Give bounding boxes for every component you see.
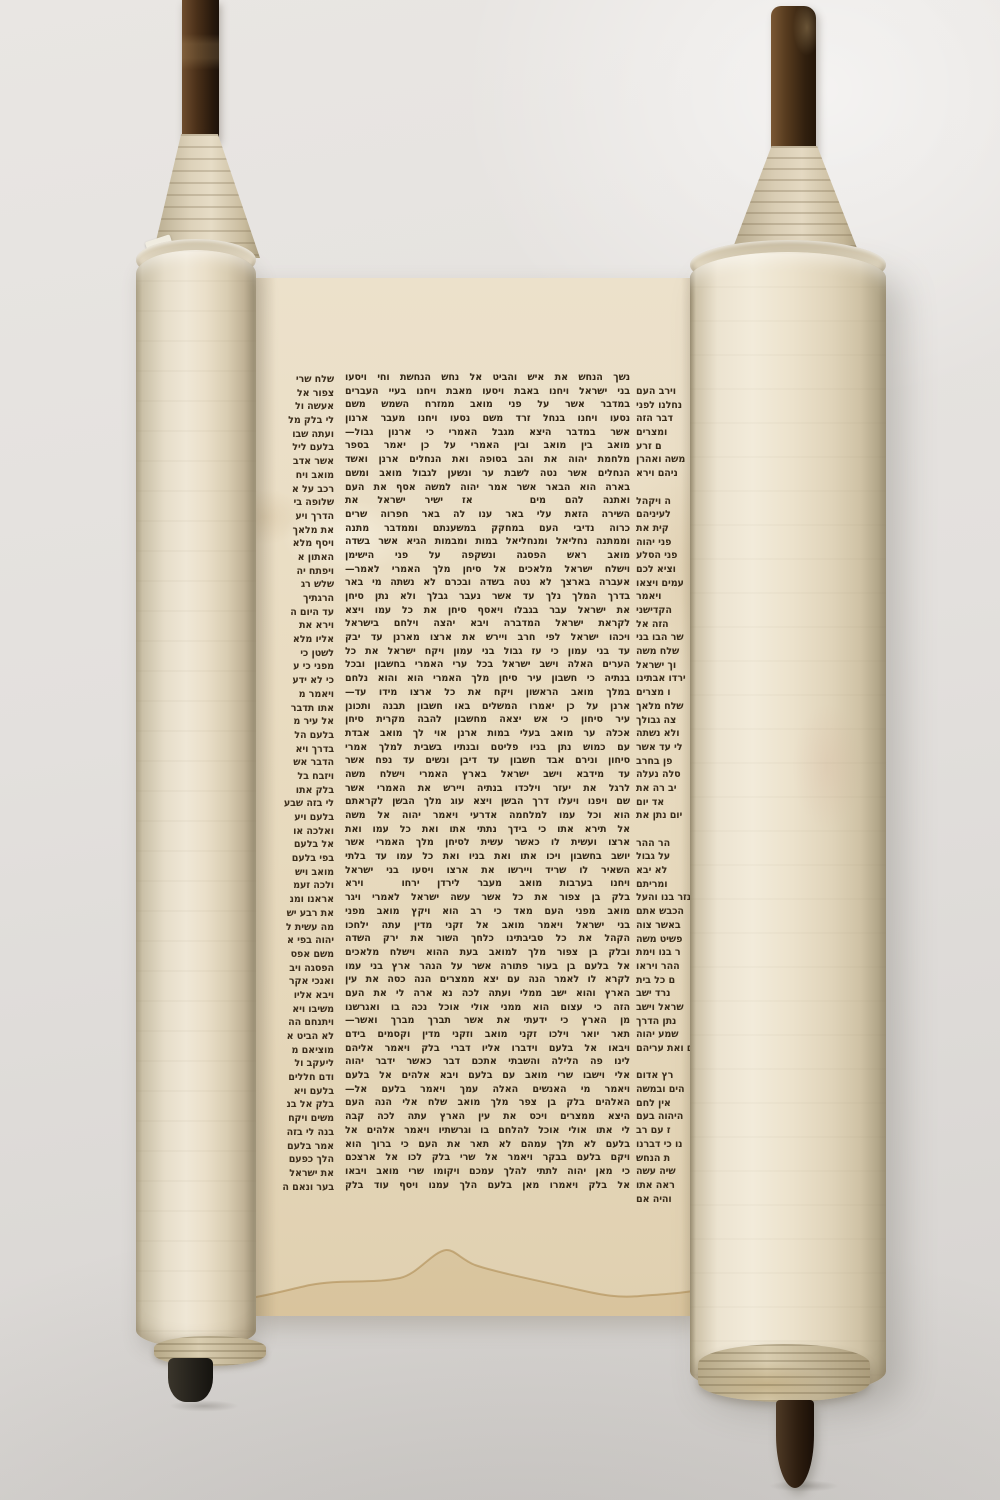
text-line: יום נתן את	[636, 809, 694, 823]
text-line: משים ויקח	[258, 1112, 334, 1126]
text-line: ארנן על כן יאמרו המשלים באו חשבון תבנה ו…	[345, 700, 630, 714]
text-line: נרד ישב	[636, 987, 694, 1001]
text-line: כי לא ידע	[258, 674, 334, 688]
text-line: את ישראל	[258, 1167, 334, 1181]
text-line: שלח משה	[636, 645, 694, 659]
left-roller-bottom-handle	[168, 1358, 213, 1402]
text-line: מואב מפני העם מאד כי רב הוא ויקץ מואב מפ…	[345, 905, 630, 919]
text-line: עד היום ה	[258, 606, 334, 620]
text-line: היצא ממצרים ויכס את עין הארץ עתה לכה קבה	[345, 1110, 630, 1124]
text-line: השירה הזאת עלי באר ענו לה באר חפרוה שרים	[345, 508, 630, 522]
text-line: יושב בחשבון ויכו אתו ואת בניו ואת כל עמו…	[345, 850, 630, 864]
text-line: נתן הדרך	[636, 1015, 694, 1029]
text-line: נו כי דברנו	[636, 1138, 694, 1152]
text-line: ומריתם	[636, 878, 694, 892]
text-line: האלהים בלק בן צפר מלך מואב שלח אלי הנה ה…	[345, 1096, 630, 1110]
text-line: לשטן כי	[258, 647, 334, 661]
text-line: אמר בלעם	[258, 1140, 334, 1154]
text-line: בלעם ויע	[258, 811, 334, 825]
text-line: הפסגה ויב	[258, 962, 334, 976]
text-line: ואלכה או	[258, 825, 334, 839]
text-line: ולכה זעמ	[258, 879, 334, 893]
text-line: שלופה בי	[258, 496, 334, 510]
text-line: ליעקב ול	[258, 1057, 334, 1071]
text-line: במדבר אשר על פני מואב ממזרח השמש משם	[345, 398, 630, 412]
text-line: אד יום	[636, 796, 694, 810]
text-line: בני ישראל ויאמר מואב אל זקני מדין עתה יל…	[345, 919, 630, 933]
text-line: ת הנחש	[636, 1152, 694, 1166]
text-line: הוא וכל עמו למלחמה אדרעי ויאמר יהוה אל מ…	[345, 809, 630, 823]
text-line	[636, 823, 694, 837]
text-line: בנתיה כי חשבון עיר סיחן מלך האמרי הוא וה…	[345, 672, 630, 686]
text-line: אכלה ער מואב בעלי במות ארנן אוי לך מואב …	[345, 727, 630, 741]
parchment-sheet: שלח שריצפור אלאעשה וללי בלק מלועתה שבובל…	[250, 278, 705, 1316]
text-line: מואב ויש	[258, 866, 334, 880]
text-line: נזר בנו והעל	[636, 891, 694, 905]
text-line: משה ואהרן	[636, 453, 694, 467]
right-roller-bottom-handle	[776, 1400, 814, 1488]
text-line: ובלק בן צפור מלך למואב בעת ההוא וישלח מל…	[345, 946, 630, 960]
text-line: לקרא לו לאמר הנה עם יצא ממצרים הנה כסה א…	[345, 973, 630, 987]
text-line: בלק אל בנ	[258, 1098, 334, 1112]
text-line: אלי וישבו שרי מואב עם בלעם ויבא אלהים אל…	[345, 1069, 630, 1083]
text-line: אתו תדבר	[258, 702, 334, 716]
text-line: שלח שרי	[258, 373, 334, 387]
text-line: ואנכי אקר	[258, 975, 334, 989]
text-line: ויאמר	[636, 590, 694, 604]
text-line: אליו מלא	[258, 633, 334, 647]
torah-column-left-partial: שלח שריצפור אלאעשה וללי בלק מלועתה שבובל…	[258, 373, 334, 1194]
text-line: את רבע יש	[258, 907, 334, 921]
text-line: לא הביט א	[258, 1030, 334, 1044]
text-line: וישלח ישראל מלאכים אל סיחן מלך האמרי לאמ…	[345, 563, 630, 577]
text-line: ו מצרים	[636, 686, 694, 700]
text-line: סיחון ונירם אבד חשבון עד דיבן ונשים עד נ…	[345, 754, 630, 768]
text-line: וממתנה נחליאל ומנחליאל במות ומבמות הגיא …	[345, 535, 630, 549]
text-line: בנה לי בזה	[258, 1126, 334, 1140]
text-line: והיה אם	[636, 1193, 694, 1207]
text-line: ועתה שבו	[258, 428, 334, 442]
text-line: ירדו אבתינו	[636, 672, 694, 686]
text-line: היהוה בעם	[636, 1110, 694, 1124]
text-line: הדרך ויע	[258, 510, 334, 524]
text-line: באשר צוה	[636, 919, 694, 933]
text-line: ויקם בלעם בבקר ויאמר אל שרי בלק לכו אל א…	[345, 1151, 630, 1165]
text-line: בארה הוא הבאר אשר אמר יהוה למשה אסף את ה…	[345, 481, 630, 495]
text-line: לי אתו אולי אוכל להלחם בו וגרשתיו ויאמר …	[345, 1124, 630, 1138]
text-line: בלעם ליל	[258, 441, 334, 455]
text-line: האתון א	[258, 551, 334, 565]
text-line: ויאמר מ	[258, 688, 334, 702]
text-line: בדרך המלך נלך עד אשר נעבר גבלך ולא נתן ס…	[345, 590, 630, 604]
text-line: וירא את	[258, 619, 334, 633]
text-line: ויבאו אל בלעם וידברו אליו דברי בלק ויאמר…	[345, 1042, 630, 1056]
text-line: עד מידבא וישב ישראל בארץ האמרי וישלח משה	[345, 768, 630, 782]
text-line: בדרך ויא	[258, 743, 334, 757]
text-line: וך ישראל	[636, 659, 694, 673]
text-line: סלה נעלה	[636, 768, 694, 782]
text-line: ההר ויראו	[636, 960, 694, 974]
text-line: ויתנחם הה	[258, 1016, 334, 1030]
text-line: משם אפס	[258, 948, 334, 962]
text-line: הים ובמשה	[636, 1083, 694, 1097]
text-line: לא יבא	[636, 864, 694, 878]
text-line: בלעם ויא	[258, 1085, 334, 1099]
text-line: אל בלק ויאמרו מאן בלעם הלך עמנו ויסף עוד…	[345, 1179, 630, 1193]
text-line: הארץ והוא ישב ממלי ועתה לכה נא ארה לי את…	[345, 987, 630, 1001]
text-line	[636, 481, 694, 495]
text-line: מה עשית ל	[258, 921, 334, 935]
water-stain	[250, 1224, 705, 1316]
text-line: מואב ראש הפסגה ונשקפה על פני הישימן	[345, 549, 630, 563]
text-line: את ישראל עבר בגבלו ויאסף סיחן את כל עמו …	[345, 604, 630, 618]
text-line: הזה כי עצום הוא ממני אולי אוכל נכה בו וא…	[345, 1001, 630, 1015]
text-line: אשר במדבר היצא מגבל האמרי כי ארנון גבול—	[345, 426, 630, 440]
photo-scene: שלח שריצפור אלאעשה וללי בלק מלועתה שבובל…	[0, 0, 1000, 1500]
text-line: שם ויפנו ויעלו דרך הבשן ויצא עוג מלך הבש…	[345, 795, 630, 809]
text-line: ואתנה להם מים אז ישיר ישראל את	[345, 494, 630, 508]
text-line: מוציאם מ	[258, 1044, 334, 1058]
text-line: אל עיר מ	[258, 715, 334, 729]
text-line: הרגתיך	[258, 592, 334, 606]
text-line: אל בלעם בן בעור פתורה אשר על הנהר ארץ בנ…	[345, 960, 630, 974]
text-line: פני יהוה	[636, 536, 694, 550]
text-line: מן הארץ כי ידעתי את אשר תברך מברך ואשר—	[345, 1014, 630, 1028]
left-roller-parchment-body	[136, 250, 256, 1348]
text-line: ויאמר מי האנשים האלה עמך ויאמר בלעם אל—	[345, 1083, 630, 1097]
text-line: ויחנו בערבות מואב מעבר לירדן ירחו וירא	[345, 877, 630, 891]
text-line: אעברה בארצך לא נטה בשדה ובכרם לא נשתה מי…	[345, 576, 630, 590]
text-line: השאיר לו שריד ויירשו את ארצו ויסעו בני י…	[345, 864, 630, 878]
text-line: שמע יהוה	[636, 1028, 694, 1042]
text-line: משיבו ויא	[258, 1003, 334, 1017]
text-line: ר בנו וימת	[636, 946, 694, 960]
text-line	[636, 1056, 694, 1070]
text-line: אראנו ומנ	[258, 893, 334, 907]
text-line: פני הסלע	[636, 549, 694, 563]
text-line: שיה עשה	[636, 1165, 694, 1179]
text-line: לקראת ישראל המדברה ויבא יהצה וילחם בישרא…	[345, 617, 630, 631]
text-line: מואב בין מואב ובין האמרי על כן יאמר בספר	[345, 439, 630, 453]
text-line: הדבר אש	[258, 756, 334, 770]
text-line: הלך כפעם	[258, 1153, 334, 1167]
text-line: בלעם לא תלך עמהם לא תאר את העם כי ברוך ה…	[345, 1138, 630, 1152]
text-line: את מלאך	[258, 524, 334, 538]
text-line: קית את	[636, 522, 694, 536]
text-line: ויזבח בל	[258, 770, 334, 784]
text-line: ניהם וירא	[636, 467, 694, 481]
text-line: כרוה נדיבי העם במחקק במשענתם וממדבר מתנה	[345, 522, 630, 536]
text-line: שר הבו בני	[636, 631, 694, 645]
text-line: ז עם רב	[636, 1124, 694, 1138]
text-line: שראל וישב	[636, 1001, 694, 1015]
text-line: שלח מלאך	[636, 700, 694, 714]
text-line: הר ההר	[636, 837, 694, 851]
text-line: נסעו ויחנו בנחל זרד משם נסעו ויחנו מעבר …	[345, 412, 630, 426]
text-line: ארצו ועשית לו כאשר עשית לסיחן מלך האמרי …	[345, 836, 630, 850]
text-line: יהוה בפי א	[258, 934, 334, 948]
text-line: בלעם הל	[258, 729, 334, 743]
text-line: לעיניהם	[636, 508, 694, 522]
text-line: צפור אל	[258, 387, 334, 401]
text-line: הנחלים אשר נטה לשבת ער ונשען לגבול מואב …	[345, 467, 630, 481]
text-line: לי בזה שבע	[258, 797, 334, 811]
text-line: יב רה את	[636, 782, 694, 796]
text-line: לינו פה הלילה והשבתי אתכם דבר כאשר ידבר …	[345, 1055, 630, 1069]
text-line: בלק בן צפור את כל אשר עשה ישראל לאמרי וי…	[345, 891, 630, 905]
text-line: ויבא אליו	[258, 989, 334, 1003]
text-line: בלק אתו	[258, 784, 334, 798]
text-line: הכבש אתם	[636, 905, 694, 919]
text-line: ם ואת עריהם	[636, 1042, 694, 1056]
text-line: ויסף מלא	[258, 537, 334, 551]
text-line: ודם חללים	[258, 1071, 334, 1085]
text-line: וציא לכם	[636, 563, 694, 577]
text-line: צה גבולך	[636, 714, 694, 728]
text-line: ה ויקהל	[636, 495, 694, 509]
torah-column-right-partial: וירב העםנחלנו לפנידבר הזהומצריםם זרעמשה …	[636, 385, 694, 1206]
text-line: בני ישראל ויחנו באבת ויסעו מאבת ויחנו בע…	[345, 385, 630, 399]
text-line: תאר יואר וילכו זקני מואב וזקני מדין וקסמ…	[345, 1028, 630, 1042]
text-line: מואב ויח	[258, 469, 334, 483]
text-line: ראה אתו	[636, 1179, 694, 1193]
text-line: נחלנו לפני	[636, 399, 694, 413]
text-line: מפני כי ע	[258, 660, 334, 674]
text-line: מלחמת יהוה את והב בסופה ואת הנחלים ארנן …	[345, 453, 630, 467]
text-line: עמים ויצאו	[636, 577, 694, 591]
text-line: ויפתח יה	[258, 565, 334, 579]
left-roller-top-handle	[182, 0, 219, 142]
text-line: על גבול	[636, 850, 694, 864]
text-line: עד בני עמון כי עז גבול בני עמון ויקח ישר…	[345, 645, 630, 659]
text-line: נשך הנחש את איש והביט אל נחש הנחשת וחי ו…	[345, 371, 630, 385]
text-line: דבר הזה	[636, 412, 694, 426]
floor-shadow-left	[156, 1398, 252, 1414]
text-line: הקדישני	[636, 604, 694, 618]
text-line: ומצרים	[636, 426, 694, 440]
text-line: אין לחם	[636, 1097, 694, 1111]
text-line: ם כל בית	[636, 974, 694, 988]
text-line: עיר סיחון כי אש יצאה מחשבון להבה מקרית ס…	[345, 713, 630, 727]
text-line: במלך מואב הראשון ויקח את כל ארצו מידו עד…	[345, 686, 630, 700]
text-line: אעשה ול	[258, 400, 334, 414]
text-line: שלש רג	[258, 578, 334, 592]
text-line: לרגל את יעזר וילכדו בנתיה ויירש את האמרי…	[345, 782, 630, 796]
text-line: ויכהו ישראל לפי חרב ויירש את ארצו מארנן …	[345, 631, 630, 645]
text-line: פן בחרב	[636, 755, 694, 769]
text-line: לי בלק מל	[258, 414, 334, 428]
right-roller-top-handle	[771, 6, 816, 160]
text-line: רכב על א	[258, 483, 334, 497]
text-line: וירב העם	[636, 385, 694, 399]
text-line: הזה אל	[636, 618, 694, 632]
right-roller-parchment-body	[690, 252, 886, 1395]
text-line: אל תירא אתו כי בידך נתתי אתו ואת כל עמו …	[345, 823, 630, 837]
text-line: אשר אדב	[258, 455, 334, 469]
right-roller-bottom-rim	[698, 1344, 870, 1402]
text-line: ולא נשתה	[636, 727, 694, 741]
text-line: הערים האלה וישב ישראל בכל ערי האמרי בחשב…	[345, 658, 630, 672]
torah-column-center: נשך הנחש את איש והביט אל נחש הנחשת וחי ו…	[345, 371, 630, 1192]
text-line: רץ אדום	[636, 1069, 694, 1083]
text-line: הקהל את כל סביבתינו כלחך השור את ירק השד…	[345, 932, 630, 946]
text-line: לי עד אשר	[636, 741, 694, 755]
text-line: בער ונאם ה	[258, 1181, 334, 1195]
text-line: אל בלעם	[258, 838, 334, 852]
text-line: ם זרע	[636, 440, 694, 454]
text-line: כי מאן יהוה לתתי להלך עמכם ויקומו שרי מו…	[345, 1165, 630, 1179]
text-line: בפי בלעם	[258, 852, 334, 866]
text-line: עם כמוש נתן בניו פליטם ובנתיו בשבית למלך…	[345, 741, 630, 755]
text-line: פשיט משה	[636, 933, 694, 947]
